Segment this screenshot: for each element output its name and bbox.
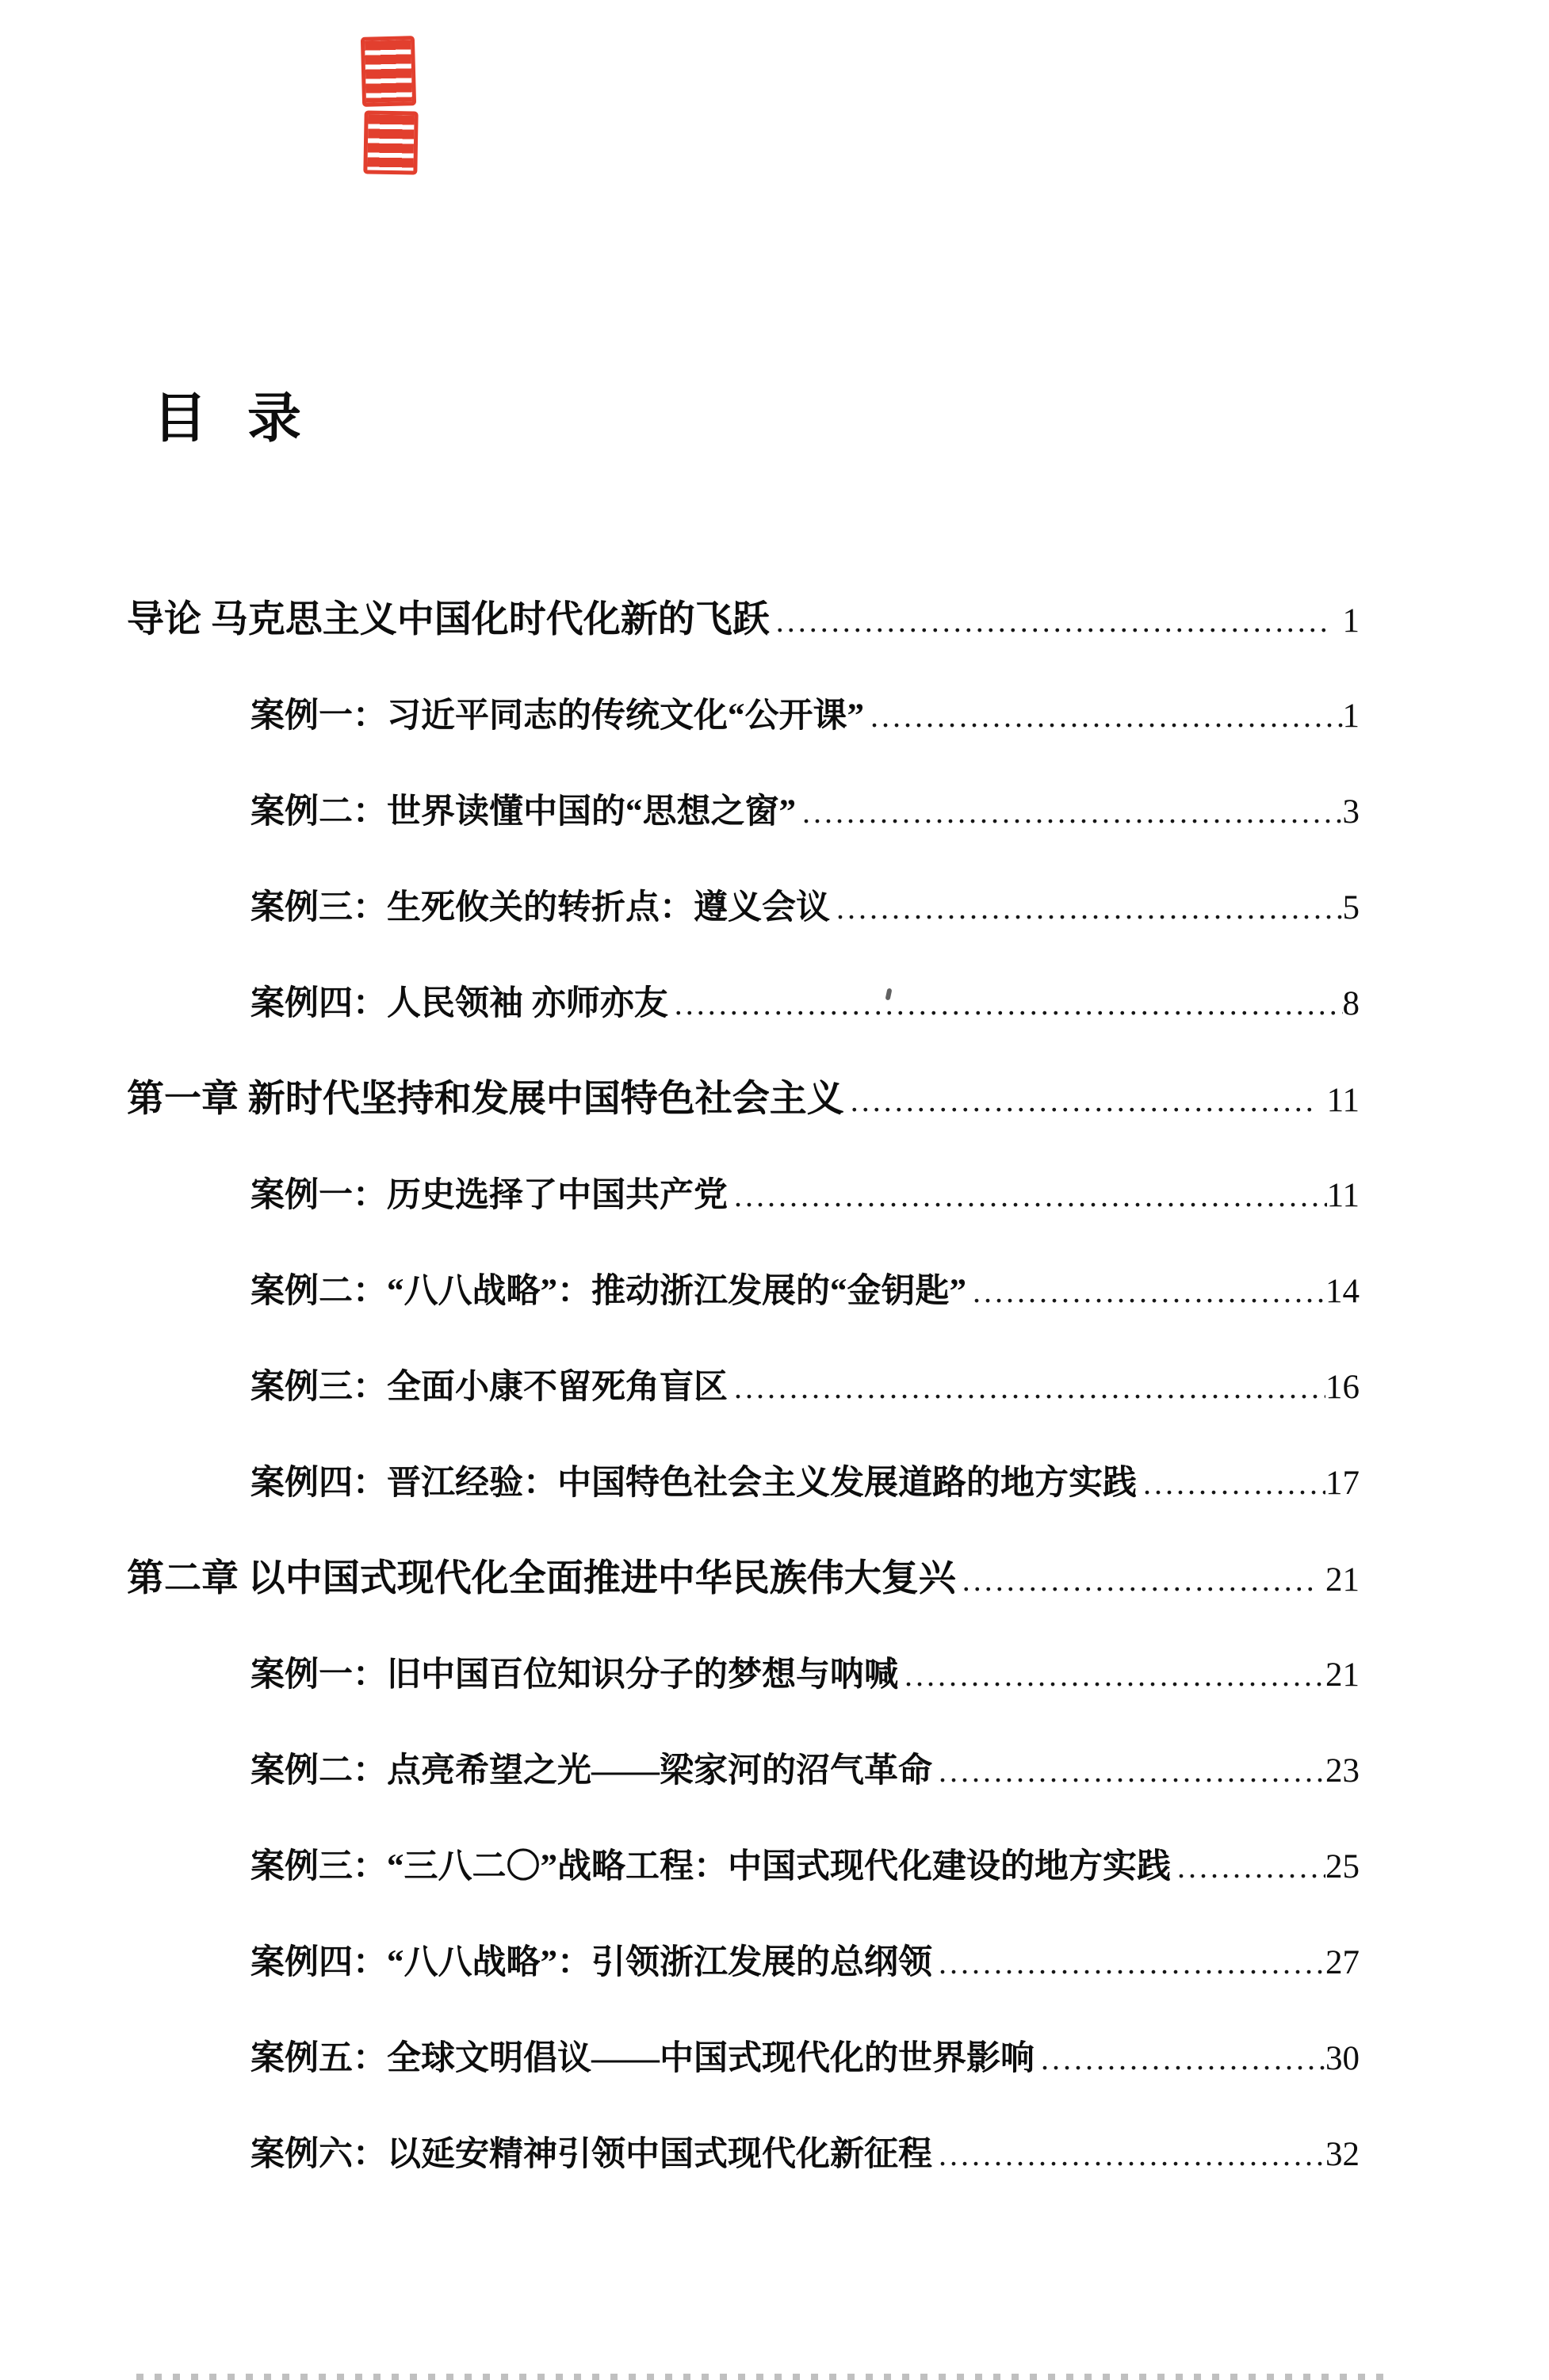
toc-dot-leader bbox=[1143, 1435, 1325, 1531]
toc-entry-label: 第一章 新时代坚持和发展中国特色社会主义 bbox=[127, 1052, 844, 1148]
red-stamp-icon bbox=[363, 110, 418, 174]
toc-page-number: 16 bbox=[1325, 1339, 1360, 1435]
toc-page-number: 32 bbox=[1325, 2107, 1360, 2202]
toc-entry-label: 案例二：“八八战略”：推动浙江发展的“金钥匙” bbox=[251, 1243, 966, 1339]
toc-dot-leader bbox=[776, 573, 1332, 669]
toc-dot-leader bbox=[675, 956, 1343, 1052]
toc-entry-label: 案例三：生死攸关的转折点：遵义会议 bbox=[251, 860, 830, 956]
toc-page-number: 1 bbox=[1343, 573, 1360, 669]
toc-page-number: 8 bbox=[1343, 956, 1360, 1052]
toc-dot-leader bbox=[734, 1148, 1327, 1243]
toc-dot-leader bbox=[802, 764, 1343, 860]
toc-page-number: 25 bbox=[1325, 1819, 1360, 1915]
toc-entry-label: 案例一：历史选择了中国共产党 bbox=[251, 1148, 728, 1243]
toc-row: 案例一：历史选择了中国共产党 11 bbox=[127, 1148, 1360, 1243]
toc-dot-leader bbox=[939, 1723, 1325, 1819]
toc-dot-leader bbox=[851, 1052, 1316, 1148]
toc-row: 案例四：“八八战略”：引领浙江发展的总纲领 27 bbox=[127, 1915, 1360, 2011]
toc-entry-label: 案例三：全面小康不留死角盲区 bbox=[251, 1339, 728, 1435]
toc-row: 案例五：全球文明倡议——中国式现代化的世界影响 30 bbox=[127, 2011, 1360, 2107]
toc-entry-label: 案例二：世界读懂中国的“思想之窗” bbox=[251, 764, 796, 860]
toc-row: 第一章 新时代坚持和发展中国特色社会主义 11 bbox=[127, 1052, 1360, 1148]
toc-page-number: 3 bbox=[1343, 764, 1360, 860]
toc-page-number: 23 bbox=[1325, 1723, 1360, 1819]
toc-page-number: 11 bbox=[1327, 1148, 1360, 1243]
toc-dot-leader bbox=[1177, 1819, 1325, 1915]
toc-entry-label: 案例六：以延安精神引领中国式现代化新征程 bbox=[251, 2107, 932, 2202]
red-stamp-icon bbox=[361, 36, 416, 107]
toc-entry-label: 案例三：“三八二〇”战略工程：中国式现代化建设的地方实践 bbox=[251, 1819, 1171, 1915]
toc-dot-leader bbox=[939, 2107, 1325, 2202]
toc-dot-leader bbox=[973, 1243, 1325, 1339]
toc-row: 案例六：以延安精神引领中国式现代化新征程 32 bbox=[127, 2107, 1360, 2202]
toc-page-number: 21 bbox=[1325, 1532, 1360, 1628]
toc-dot-leader bbox=[905, 1627, 1325, 1723]
toc-row: 案例三：“三八二〇”战略工程：中国式现代化建设的地方实践 25 bbox=[127, 1819, 1360, 1915]
toc-page-number: 30 bbox=[1325, 2011, 1360, 2107]
toc-row: 导论 马克思主义中国化时代化新的飞跃 1 bbox=[127, 572, 1360, 668]
toc-row: 案例一：习近平同志的传统文化“公开课” 1 bbox=[127, 668, 1360, 764]
toc-entry-label: 案例一：习近平同志的传统文化“公开课” bbox=[251, 668, 864, 764]
toc-dot-leader bbox=[939, 1915, 1325, 2011]
toc-list: 导论 马克思主义中国化时代化新的飞跃 1 案例一：习近平同志的传统文化“公开课”… bbox=[127, 572, 1360, 2202]
toc-entry-label: 导论 马克思主义中国化时代化新的飞跃 bbox=[127, 572, 770, 668]
toc-dot-leader bbox=[734, 1339, 1325, 1435]
toc-page-number: 17 bbox=[1325, 1435, 1360, 1531]
toc-entry-label: 案例四：晋江经验：中国特色社会主义发展道路的地方实践 bbox=[251, 1435, 1137, 1531]
toc-page-number: 14 bbox=[1325, 1243, 1360, 1339]
toc-row: 案例二：点亮希望之光——梁家河的沼气革命 23 bbox=[127, 1723, 1360, 1819]
toc-page-number: 27 bbox=[1325, 1915, 1360, 2011]
toc-row: 案例二：世界读懂中国的“思想之窗” 3 bbox=[127, 764, 1360, 860]
toc-row: 第二章 以中国式现代化全面推进中华民族伟大复兴 21 bbox=[127, 1531, 1360, 1627]
toc-page-number: 21 bbox=[1325, 1627, 1360, 1723]
toc-page-number: 11 bbox=[1327, 1052, 1360, 1148]
scanned-toc-page: 目 录 导论 马克思主义中国化时代化新的飞跃 1 案例一：习近平同志的传统文化“… bbox=[0, 0, 1549, 2380]
toc-page-number: 1 bbox=[1343, 668, 1360, 764]
clipped-next-line bbox=[136, 2374, 1393, 2380]
toc-row: 案例二：“八八战略”：推动浙江发展的“金钥匙” 14 bbox=[127, 1243, 1360, 1339]
toc-row: 案例四：人民领袖 亦师亦友 8 bbox=[127, 956, 1360, 1052]
toc-entry-label: 案例一：旧中国百位知识分子的梦想与呐喊 bbox=[251, 1627, 898, 1723]
toc-page-number: 5 bbox=[1343, 860, 1360, 956]
toc-dot-leader bbox=[870, 668, 1343, 764]
toc-dot-leader bbox=[836, 860, 1343, 956]
toc-row: 案例一：旧中国百位知识分子的梦想与呐喊 21 bbox=[127, 1627, 1360, 1723]
toc-entry-label: 案例四：“八八战略”：引领浙江发展的总纲领 bbox=[251, 1915, 932, 2011]
toc-dot-leader bbox=[962, 1532, 1314, 1628]
toc-dot-leader bbox=[1041, 2011, 1325, 2107]
page-title: 目 录 bbox=[153, 376, 304, 453]
toc-row: 案例三：全面小康不留死角盲区 16 bbox=[127, 1339, 1360, 1435]
toc-entry-label: 案例二：点亮希望之光——梁家河的沼气革命 bbox=[251, 1723, 932, 1819]
toc-entry-label: 案例五：全球文明倡议——中国式现代化的世界影响 bbox=[251, 2011, 1035, 2107]
toc-entry-label: 第二章 以中国式现代化全面推进中华民族伟大复兴 bbox=[127, 1531, 956, 1627]
toc-row: 案例三：生死攸关的转折点：遵义会议 5 bbox=[127, 860, 1360, 956]
toc-entry-label: 案例四：人民领袖 亦师亦友 bbox=[251, 956, 668, 1052]
toc-row: 案例四：晋江经验：中国特色社会主义发展道路的地方实践 17 bbox=[127, 1435, 1360, 1531]
